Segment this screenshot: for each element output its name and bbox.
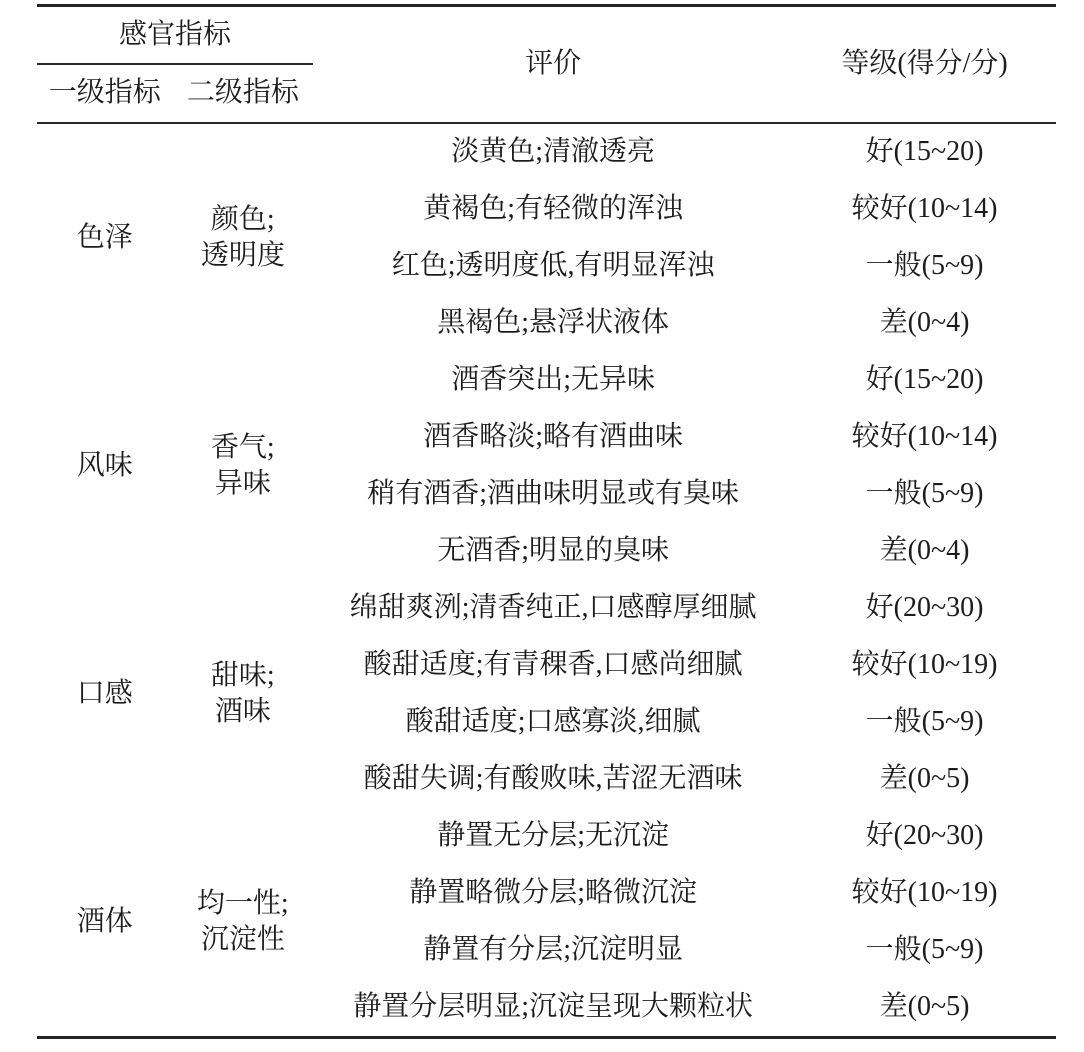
grade-cell: 一般(5~9) [793,922,1056,979]
table-body: 色泽 颜色; 透明度 淡黄色;清澈透亮 好(15~20) 黄褐色;有轻微的浑浊 … [37,123,1056,1038]
table-row: 风味 香气; 异味 酒香突出;无异味 好(15~20) [37,352,1056,409]
grade-cell: 好(15~20) [793,123,1056,181]
grade-cell: 好(20~30) [793,808,1056,865]
table-row: 酒体 均一性; 沉淀性 静置无分层;无沉淀 好(20~30) [37,808,1056,865]
table-header: 感官指标 评价 等级(得分/分) 一级指标 二级指标 [37,6,1056,124]
grade-cell: 一般(5~9) [793,694,1056,751]
primary-indicator-cell: 风味 [37,352,173,580]
evaluation-cell: 黑褐色;悬浮状液体 [313,295,793,352]
evaluation-cell: 酸甜适度;有青稞香,口感尚细腻 [313,637,793,694]
grade-cell: 差(0~5) [793,979,1056,1038]
evaluation-cell: 黄褐色;有轻微的浑浊 [313,181,793,238]
sensory-evaluation-table: 感官指标 评价 等级(得分/分) 一级指标 二级指标 色泽 颜色; 透明度 淡黄… [37,4,1056,1039]
table-row: 口感 甜味; 酒味 绵甜爽洌;清香纯正,口感醇厚细腻 好(20~30) [37,580,1056,637]
evaluation-cell: 稍有酒香;酒曲味明显或有臭味 [313,466,793,523]
evaluation-cell: 无酒香;明显的臭味 [313,523,793,580]
primary-indicator-cell: 色泽 [37,123,173,352]
grade-cell: 差(0~5) [793,751,1056,808]
evaluation-cell: 酒香突出;无异味 [313,352,793,409]
grade-cell: 较好(10~19) [793,637,1056,694]
primary-indicator-cell: 口感 [37,580,173,808]
evaluation-cell: 绵甜爽洌;清香纯正,口感醇厚细腻 [313,580,793,637]
secondary-line-2: 沉淀性 [201,924,285,955]
grade-cell: 一般(5~9) [793,466,1056,523]
secondary-indicator-cell: 均一性; 沉淀性 [173,808,314,1038]
secondary-line-2: 透明度 [201,240,285,271]
grade-cell: 差(0~4) [793,295,1056,352]
header-primary-indicator: 一级指标 [37,64,173,123]
secondary-line-1: 颜色; [211,204,275,235]
secondary-indicator-cell: 香气; 异味 [173,352,314,580]
evaluation-cell: 酸甜失调;有酸败味,苦涩无酒味 [313,751,793,808]
header-sensory-indicator: 感官指标 [37,6,313,65]
secondary-line-1: 甜味; [211,660,275,691]
grade-cell: 好(15~20) [793,352,1056,409]
primary-indicator-cell: 酒体 [37,808,173,1038]
header-grade: 等级(得分/分) [793,6,1056,124]
evaluation-cell: 静置略微分层;略微沉淀 [313,865,793,922]
secondary-indicator-cell: 甜味; 酒味 [173,580,314,808]
secondary-line-1: 均一性; [197,888,289,919]
grade-cell: 差(0~4) [793,523,1056,580]
evaluation-cell: 静置有分层;沉淀明显 [313,922,793,979]
secondary-line-1: 香气; [211,432,275,463]
table-row: 色泽 颜色; 透明度 淡黄色;清澈透亮 好(15~20) [37,123,1056,181]
grade-cell: 好(20~30) [793,580,1056,637]
secondary-indicator-cell: 颜色; 透明度 [173,123,314,352]
evaluation-cell: 酸甜适度;口感寡淡,细腻 [313,694,793,751]
evaluation-cell: 静置无分层;无沉淀 [313,808,793,865]
header-evaluation: 评价 [313,6,793,124]
evaluation-cell: 淡黄色;清澈透亮 [313,123,793,181]
header-secondary-indicator: 二级指标 [173,64,314,123]
evaluation-cell: 红色;透明度低,有明显浑浊 [313,238,793,295]
grade-cell: 较好(10~14) [793,181,1056,238]
header-row-1: 感官指标 评价 等级(得分/分) [37,6,1056,65]
evaluation-cell: 酒香略淡;略有酒曲味 [313,409,793,466]
secondary-line-2: 异味 [215,468,271,499]
grade-cell: 较好(10~14) [793,409,1056,466]
grade-cell: 较好(10~19) [793,865,1056,922]
page: 感官指标 评价 等级(得分/分) 一级指标 二级指标 色泽 颜色; 透明度 淡黄… [0,0,1084,1052]
evaluation-cell: 静置分层明显;沉淀呈现大颗粒状 [313,979,793,1038]
secondary-line-2: 酒味 [215,696,271,727]
grade-cell: 一般(5~9) [793,238,1056,295]
